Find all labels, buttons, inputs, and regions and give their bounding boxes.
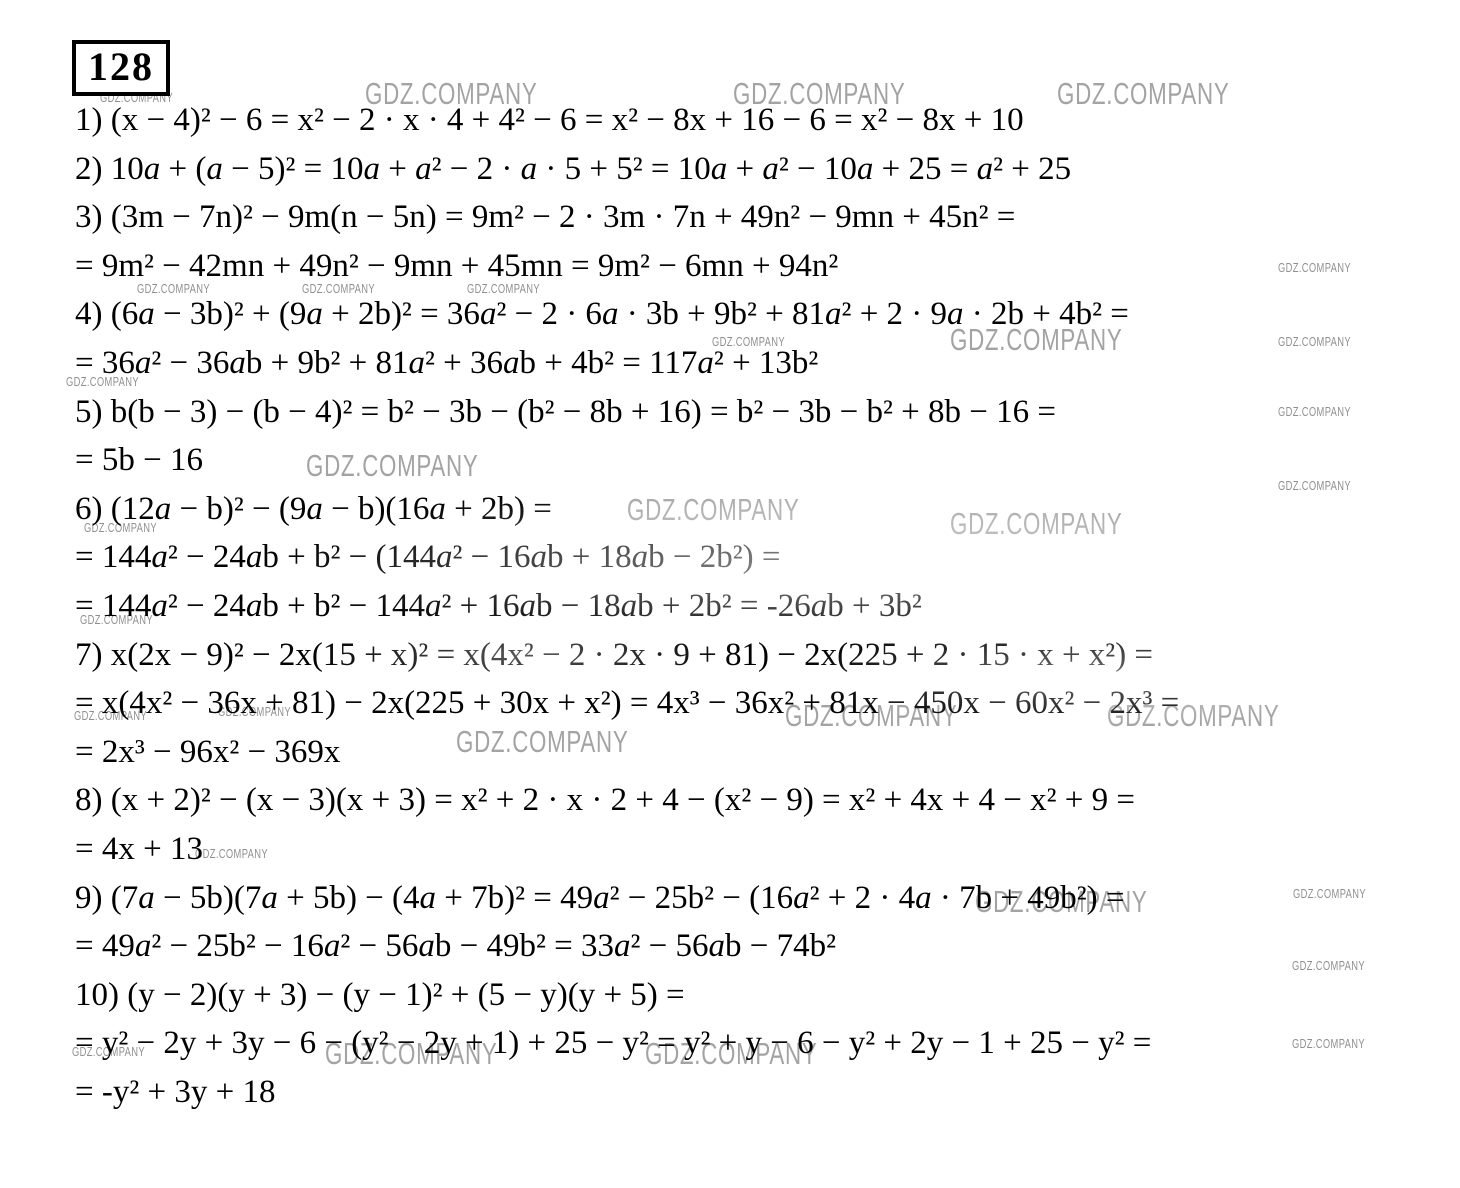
math-line: = x(4x² − 36x + 81) − 2x(225 + 30x + x²)… <box>75 679 1445 728</box>
math-line: 8) (x + 2)² − (x − 3)(x + 3) = x² + 2 · … <box>75 776 1445 825</box>
math-line: = 4x + 13 <box>75 825 1445 874</box>
math-line: = 9m² − 42mn + 49n² − 9mn + 45mn = 9m² −… <box>75 242 1445 291</box>
math-line: = 144a² − 24ab + b² − 144a² + 16ab − 18a… <box>75 582 1445 631</box>
math-line: 10) (y − 2)(y + 3) − (y − 1)² + (5 − y)(… <box>75 971 1445 1020</box>
problem-number: 128 <box>88 44 154 89</box>
math-line: 5) b(b − 3) − (b − 4)² = b² − 3b − (b² −… <box>75 388 1445 437</box>
problem-number-box: 128 <box>72 40 170 96</box>
math-line: = 36a² − 36ab + 9b² + 81a² + 36ab + 4b² … <box>75 339 1445 388</box>
math-line: 7) x(2x − 9)² − 2x(15 + x)² = x(4x² − 2 … <box>75 631 1445 680</box>
math-line: 9) (7a − 5b)(7a + 5b) − (4a + 7b)² = 49a… <box>75 874 1445 923</box>
math-line: = y² − 2y + 3y − 6 − (y² − 2y + 1) + 25 … <box>75 1019 1445 1068</box>
math-line: = -y² + 3y + 18 <box>75 1068 1445 1117</box>
math-line: = 144a² − 24ab + b² − (144a² − 16ab + 18… <box>75 533 1445 582</box>
worksheet-page: GDZ.COMPANYGDZ.COMPANYGDZ.COMPANYGDZ.COM… <box>0 0 1460 1188</box>
math-line: 6) (12a − b)² − (9a − b)(16a + 2b) = <box>75 485 1445 534</box>
math-line: = 2x³ − 96x² − 369x <box>75 728 1445 777</box>
math-line: = 5b − 16 <box>75 436 1445 485</box>
math-line: 2) 10a + (a − 5)² = 10a + a² − 2 · a · 5… <box>75 145 1445 194</box>
math-line: 4) (6a − 3b)² + (9a + 2b)² = 36a² − 2 · … <box>75 290 1445 339</box>
solution-lines: 1) (x − 4)² − 6 = x² − 2 · x · 4 + 4² − … <box>75 96 1445 1116</box>
math-line: 3) (3m − 7n)² − 9m(n − 5n) = 9m² − 2 · 3… <box>75 193 1445 242</box>
math-line: 1) (x − 4)² − 6 = x² − 2 · x · 4 + 4² − … <box>75 96 1445 145</box>
math-line: = 49a² − 25b² − 16a² − 56ab − 49b² = 33a… <box>75 922 1445 971</box>
